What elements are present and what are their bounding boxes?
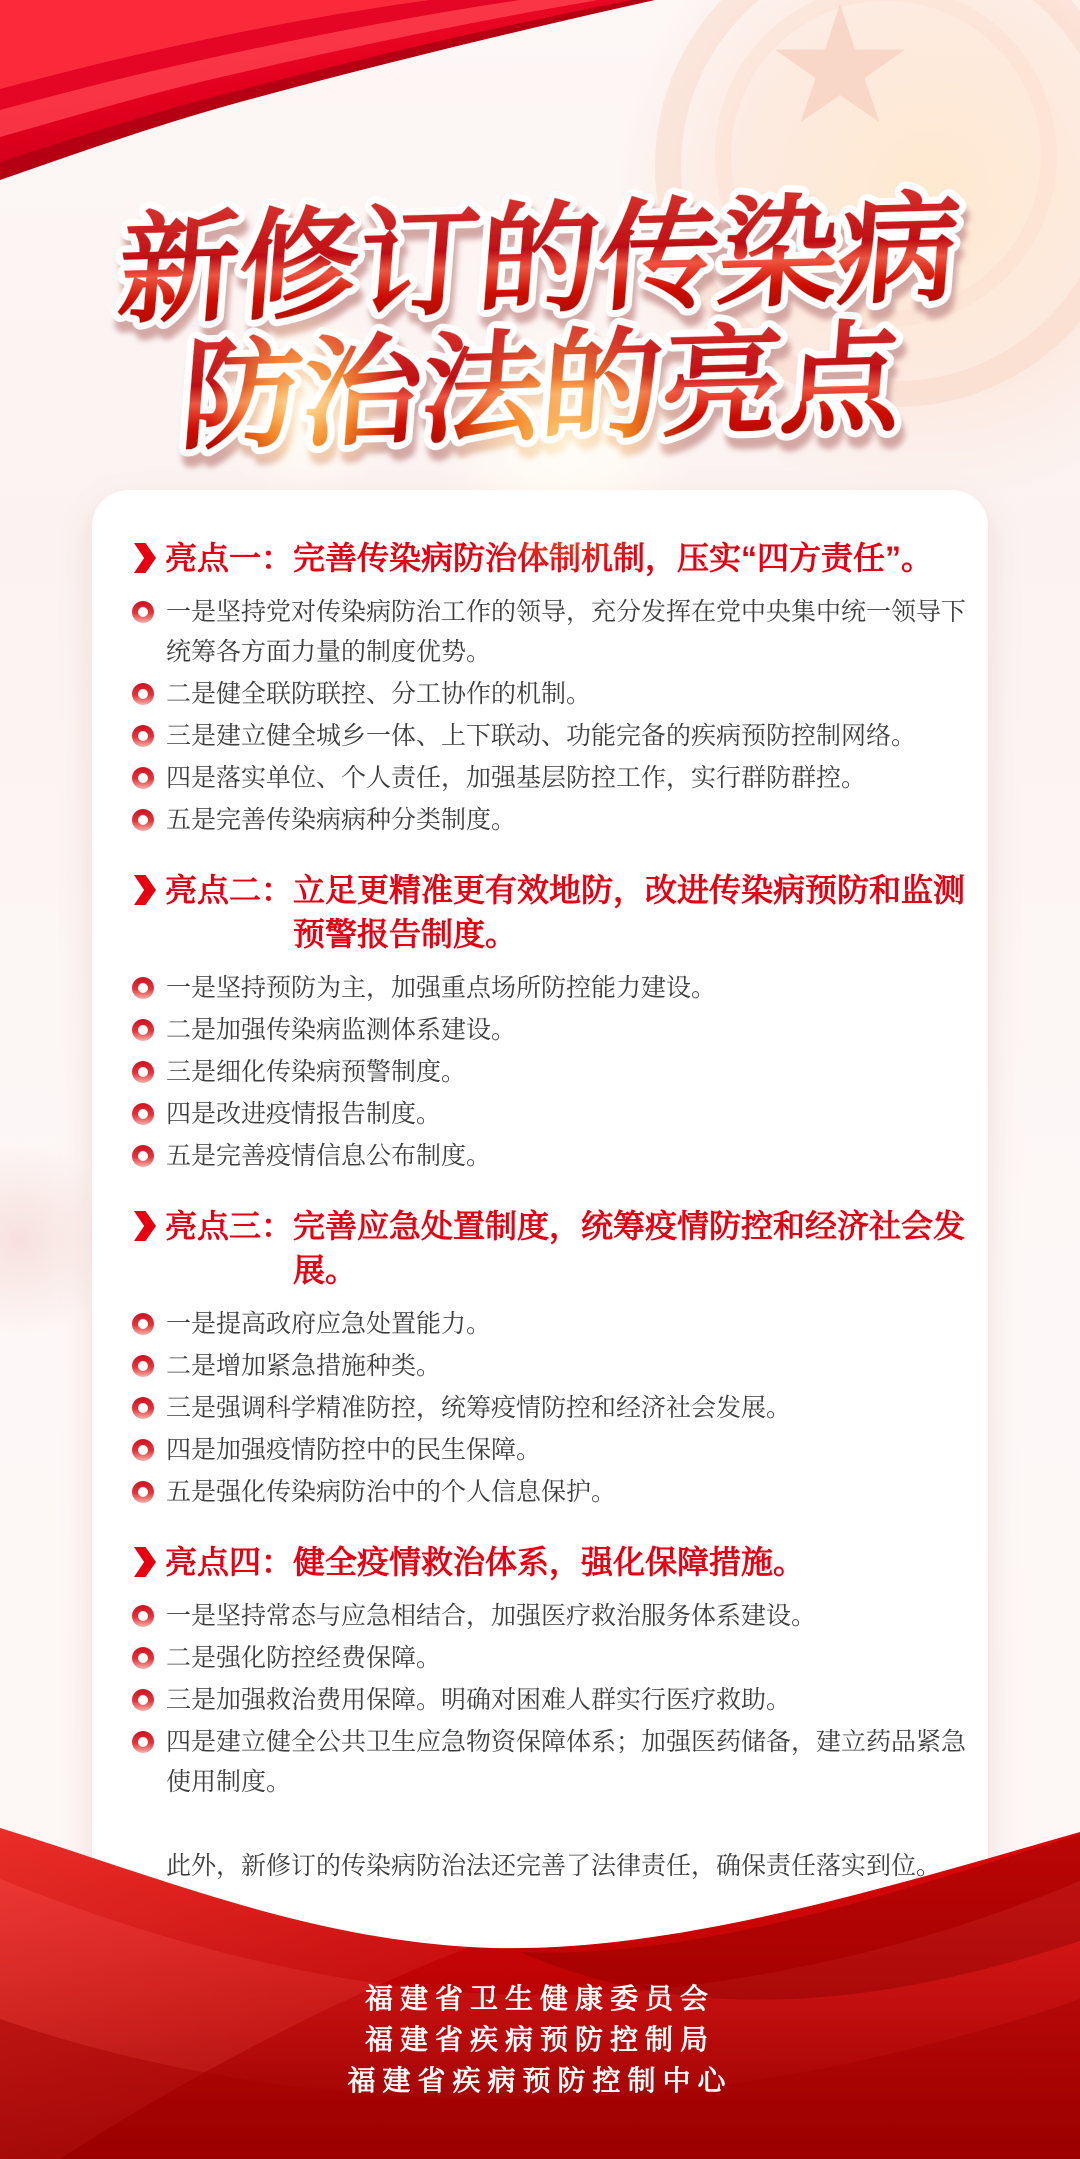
ring-bullet-icon [132, 977, 154, 999]
list-item: 四是加强疫情防控中的民生保障。 [132, 1430, 968, 1470]
item-text: 一是坚持预防为主，加强重点场所防控能力建设。 [166, 968, 968, 1008]
item-text: 四是改进疫情报告制度。 [166, 1094, 968, 1134]
section-3-title: 完善应急处置制度，统筹疫情防控和经济社会发展。 [293, 1204, 968, 1292]
section-1: 亮点一： 完善传染病防治体制机制，压实“四方责任”。 一是坚持党对传染病防治工作… [132, 536, 968, 840]
section-4: 亮点四： 健全疫情救治体系，强化保障措施。 一是坚持常态与应急相结合，加强医疗救… [132, 1540, 968, 1802]
item-text: 二是健全联防联控、分工协作的机制。 [166, 674, 968, 714]
item-text: 一是提高政府应急处置能力。 [166, 1304, 968, 1344]
list-item: 四是落实单位、个人责任，加强基层防控工作，实行群防群控。 [132, 758, 968, 798]
item-text: 四是落实单位、个人责任，加强基层防控工作，实行群防群控。 [166, 758, 968, 798]
item-text: 三是强调科学精准防控，统筹疫情防控和经济社会发展。 [166, 1388, 968, 1428]
ring-bullet-icon [132, 1689, 154, 1711]
section-4-label: 亮点四： [165, 1540, 293, 1584]
item-text: 四是建立健全公共卫生应急物资保障体系；加强医药储备，建立药品紧急使用制度。 [166, 1722, 968, 1802]
list-item: 三是加强救治费用保障。明确对困难人群实行医疗救助。 [132, 1680, 968, 1720]
list-item: 二是增加紧急措施种类。 [132, 1346, 968, 1386]
chevron-icon [134, 543, 156, 573]
section-3: 亮点三： 完善应急处置制度，统筹疫情防控和经济社会发展。 一是提高政府应急处置能… [132, 1204, 968, 1512]
item-text: 二是加强传染病监测体系建设。 [166, 1010, 968, 1050]
ring-bullet-icon [132, 767, 154, 789]
section-1-heading: 亮点一： 完善传染病防治体制机制，压实“四方责任”。 [132, 536, 968, 580]
list-item: 四是改进疫情报告制度。 [132, 1094, 968, 1134]
list-item: 一是提高政府应急处置能力。 [132, 1304, 968, 1344]
ring-bullet-icon [132, 1313, 154, 1335]
section-2: 亮点二： 立足更精准更有效地防，改进传染病预防和监测预警报告制度。 一是坚持预防… [132, 868, 968, 1176]
ring-bullet-icon [132, 1647, 154, 1669]
chevron-icon [134, 1547, 156, 1577]
list-item: 五是完善疫情信息公布制度。 [132, 1136, 968, 1176]
item-text: 三是加强救治费用保障。明确对困难人群实行医疗救助。 [166, 1680, 968, 1720]
item-text: 四是加强疫情防控中的民生保障。 [166, 1430, 968, 1470]
ring-bullet-icon [132, 1731, 154, 1753]
item-text: 一是坚持党对传染病防治工作的领导，充分发挥在党中央集中统一领导下统筹各方面力量的… [166, 592, 968, 672]
ring-bullet-icon [132, 1481, 154, 1503]
chevron-icon [134, 1211, 156, 1241]
section-3-heading: 亮点三： 完善应急处置制度，统筹疫情防控和经济社会发展。 [132, 1204, 968, 1292]
ring-bullet-icon [132, 683, 154, 705]
section-1-label: 亮点一： [165, 536, 293, 580]
section-1-title: 完善传染病防治体制机制，压实“四方责任”。 [293, 536, 968, 580]
ring-bullet-icon [132, 1605, 154, 1627]
list-item: 五是完善传染病病种分类制度。 [132, 800, 968, 840]
ring-bullet-icon [132, 601, 154, 623]
section-2-heading: 亮点二： 立足更精准更有效地防，改进传染病预防和监测预警报告制度。 [132, 868, 968, 956]
item-text: 五是强化传染病防治中的个人信息保护。 [166, 1472, 968, 1512]
ribbon-icon [0, 0, 660, 190]
org-line: 福建省疾病预防控制中心 [0, 2060, 1080, 2101]
ring-bullet-icon [132, 809, 154, 831]
list-item: 二是健全联防联控、分工协作的机制。 [132, 674, 968, 714]
list-item: 二是强化防控经费保障。 [132, 1638, 968, 1678]
chevron-icon [134, 875, 156, 905]
poster-title: 新修订的传染病 防治法的亮点 [0, 148, 1080, 478]
item-text: 三是细化传染病预警制度。 [166, 1052, 968, 1092]
ring-bullet-icon [132, 1145, 154, 1167]
ring-bullet-icon [132, 1019, 154, 1041]
title-line-2: 防治法的亮点 [177, 312, 910, 465]
org-line: 福建省卫生健康委员会 [0, 1978, 1080, 2019]
item-text: 五是完善疫情信息公布制度。 [166, 1136, 968, 1176]
item-text: 二是增加紧急措施种类。 [166, 1346, 968, 1386]
ring-bullet-icon [132, 725, 154, 747]
list-item: 一是坚持常态与应急相结合，加强医疗救治服务体系建设。 [132, 1596, 968, 1636]
list-item: 五是强化传染病防治中的个人信息保护。 [132, 1472, 968, 1512]
list-item: 一是坚持党对传染病防治工作的领导，充分发挥在党中央集中统一领导下统筹各方面力量的… [132, 592, 968, 672]
section-4-heading: 亮点四： 健全疫情救治体系，强化保障措施。 [132, 1540, 968, 1584]
ring-bullet-icon [132, 1439, 154, 1461]
section-4-title: 健全疫情救治体系，强化保障措施。 [293, 1540, 968, 1584]
ring-bullet-icon [132, 1061, 154, 1083]
ring-bullet-icon [132, 1103, 154, 1125]
footer-organizations: 福建省卫生健康委员会 福建省疾病预防控制局 福建省疾病预防控制中心 [0, 1978, 1080, 2101]
ring-bullet-icon [132, 1397, 154, 1419]
org-line: 福建省疾病预防控制局 [0, 2019, 1080, 2060]
list-item: 三是建立健全城乡一体、上下联动、功能完备的疾病预防控制网络。 [132, 716, 968, 756]
item-text: 五是完善传染病病种分类制度。 [166, 800, 968, 840]
content-card: 亮点一： 完善传染病防治体制机制，压实“四方责任”。 一是坚持党对传染病防治工作… [92, 490, 988, 1952]
list-item: 二是加强传染病监测体系建设。 [132, 1010, 968, 1050]
list-item: 三是细化传染病预警制度。 [132, 1052, 968, 1092]
item-text: 三是建立健全城乡一体、上下联动、功能完备的疾病预防控制网络。 [166, 716, 968, 756]
section-3-label: 亮点三： [165, 1204, 293, 1248]
ring-bullet-icon [132, 1355, 154, 1377]
item-text: 一是坚持常态与应急相结合，加强医疗救治服务体系建设。 [166, 1596, 968, 1636]
list-item: 四是建立健全公共卫生应急物资保障体系；加强医药储备，建立药品紧急使用制度。 [132, 1722, 968, 1802]
list-item: 一是坚持预防为主，加强重点场所防控能力建设。 [132, 968, 968, 1008]
list-item: 三是强调科学精准防控，统筹疫情防控和经济社会发展。 [132, 1388, 968, 1428]
item-text: 二是强化防控经费保障。 [166, 1638, 968, 1678]
section-2-title: 立足更精准更有效地防，改进传染病预防和监测预警报告制度。 [293, 868, 968, 956]
section-2-label: 亮点二： [165, 868, 293, 912]
poster-page: { "title": { "line1": "新修订的传染病", "line2"… [0, 0, 1080, 2159]
